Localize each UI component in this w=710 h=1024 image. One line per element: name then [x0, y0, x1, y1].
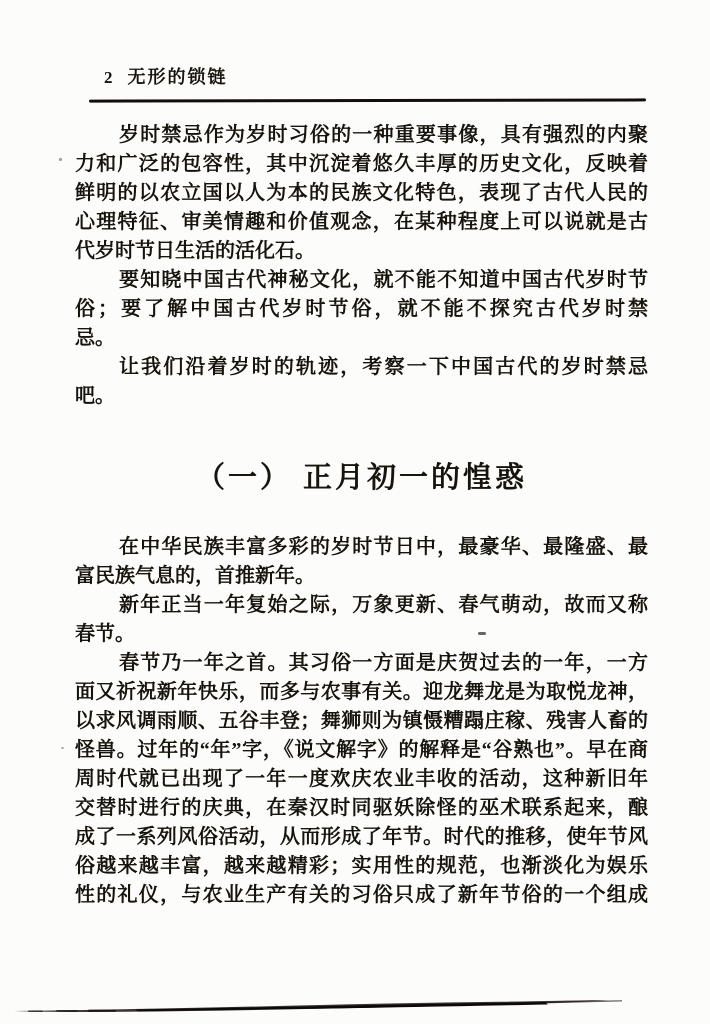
paragraph: 让我们沿着岁时的轨迹，考察一下中国古代的岁时禁忌 吧。	[75, 353, 648, 411]
paragraph: 岁时禁忌作为岁时习俗的一种重要事像，具有强烈的内聚 力和广泛的包容性，其中沉淀着…	[75, 121, 648, 266]
ink-speck	[61, 747, 64, 749]
text-line: 交替时进行的庆典，在秦汉时同驱妖除怪的巫术联系起来，酿	[75, 794, 648, 823]
paragraph: 在中华民族丰富多彩的岁时节日中，最豪华、最隆盛、最 富民族气息的，首推新年。	[75, 533, 648, 591]
text-line: 春节。	[75, 620, 648, 649]
text-line: 鲜明的以农立国以人为本的民族文化特色，表现了古代人民的	[75, 179, 648, 208]
text-line: 要知晓中国古代神秘文化，就不能不知道中国古代岁时节	[75, 266, 648, 295]
paragraph: 春节乃一年之首。其习俗一方面是庆贺过去的一年，一方 面又祈祝新年快乐，而多与农事…	[75, 649, 648, 910]
running-head: 2 无形的锁链	[104, 63, 228, 89]
page-number: 2	[104, 68, 113, 88]
body-text: 岁时禁忌作为岁时习俗的一种重要事像，具有强烈的内聚 力和广泛的包容性，其中沉淀着…	[75, 121, 648, 910]
text-line: 心理特征、审美情趣和价值观念，在某种程度上可以说就是古	[75, 208, 648, 237]
text-line: 怪兽。过年的“年”字，《说文解字》的解释是“谷熟也”。早在商	[75, 736, 648, 765]
text-line: 富民族气息的，首推新年。	[75, 562, 648, 591]
header-divider	[89, 98, 646, 102]
text-line: 俗；要了解中国古代岁时节俗，就不能不探究古代岁时禁	[75, 295, 648, 324]
text-line: 代岁时节日生活的活化石。	[75, 237, 648, 266]
text-line: 周时代就已出现了一年一度欢庆农业丰收的活动，这种新旧年	[75, 765, 648, 794]
text-line: 以求风调雨顺、五谷丰登；舞狮则为镇慑糟蹋庄稼、残害人畜的	[75, 707, 648, 736]
text-line: 让我们沿着岁时的轨迹，考察一下中国古代的岁时禁忌	[75, 353, 648, 382]
text-line: 在中华民族丰富多彩的岁时节日中，最豪华、最隆盛、最	[75, 533, 648, 562]
text-line: 忌。	[75, 324, 648, 353]
text-line: 春节乃一年之首。其习俗一方面是庆贺过去的一年，一方	[75, 649, 648, 678]
text-line: 成了一系列风俗活动，从而形成了年节。时代的推移，使年节风	[75, 823, 648, 852]
book-title: 无形的锁链	[128, 63, 228, 89]
text-line: 新年正当一年复始之际，万象更新、春气萌动，故而又称	[75, 591, 648, 620]
text-line: 俗越来越丰富，越来越精彩；实用性的规范，也渐淡化为娱乐	[75, 852, 648, 881]
paragraph: 新年正当一年复始之际，万象更新、春气萌动，故而又称 春节。	[75, 591, 648, 649]
text-line: 面又祈祝新年快乐，而多与农事有关。迎龙舞龙是为取悦龙神，	[75, 678, 648, 707]
scanned-page: 2 无形的锁链 岁时禁忌作为岁时习俗的一种重要事像，具有强烈的内聚 力和广泛的包…	[0, 0, 710, 1024]
text-line: 吧。	[75, 382, 648, 411]
text-line: 岁时禁忌作为岁时习俗的一种重要事像，具有强烈的内聚	[75, 121, 648, 150]
paragraph: 要知晓中国古代神秘文化，就不能不知道中国古代岁时节 俗；要了解中国古代岁时节俗，…	[75, 266, 648, 353]
ink-speck	[59, 158, 62, 161]
text-line: 力和广泛的包容性，其中沉淀着悠久丰厚的历史文化，反映着	[75, 150, 648, 179]
section-heading: （一） 正月初一的惶惑	[75, 458, 648, 498]
bottom-ink-smudge	[0, 992, 710, 1022]
text-line: 性的礼仪，与农业生产有关的习俗只成了新年节俗的一个组成	[75, 881, 648, 910]
